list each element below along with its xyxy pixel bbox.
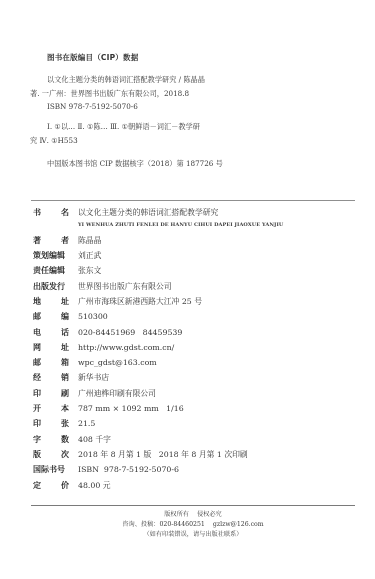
bottom-divider [31, 505, 355, 506]
info-row-word-count: 字数 408 千字 [33, 434, 353, 449]
info-label: 经销 [33, 372, 69, 383]
info-label: 著者 [33, 235, 69, 246]
info-label: 字数 [33, 434, 69, 445]
book-title: 以文化主题分类的韩语词汇搭配教学研究 [78, 207, 218, 218]
info-label: 国际书号 [33, 464, 69, 475]
info-value: 新华书店 [78, 372, 109, 383]
cip-subject-line: Ⅰ. ①以… Ⅱ. ①陈… Ⅲ. ①朝鲜语－词汇－教学研 [30, 120, 350, 134]
info-row-printer: 印刷 广州迪桦印刷有限公司 [33, 388, 353, 403]
piracy-warning: 侵权必究 [197, 511, 222, 518]
info-row-price: 定价 48.00 元 [33, 480, 353, 495]
info-row-planning-editor: 策划编辑 刘正武 [33, 250, 353, 265]
info-label: 电话 [33, 327, 69, 338]
info-row-email: 邮箱 wpc_gdst@163.com [33, 357, 353, 372]
info-row-publisher: 出版发行 世界图书出版广东有限公司 [33, 281, 353, 296]
info-row-format: 开本 787 mm × 1092 mm 1/16 [33, 403, 353, 418]
info-row-phone: 电话 020-84451969 84459539 [33, 327, 353, 342]
print-error-note: （如有印装错误，请与出版社联系） [31, 530, 355, 540]
info-row-title: 书 名 以文化主题分类的韩语词汇搭配教学研究 [33, 207, 353, 222]
top-divider [31, 200, 355, 201]
cip-approval-line: 中国版本图书馆 CIP 数据核字（2018）第 187726 号 [30, 157, 350, 171]
info-value: 广州迪桦印刷有限公司 [78, 388, 156, 399]
info-value: 408 千字 [78, 434, 111, 445]
info-value: 020-84451969 84459539 [78, 328, 182, 337]
cip-isbn-line: ISBN 978-7-5192-5070-6 [30, 100, 350, 114]
info-row-author: 著者 陈晶晶 [33, 235, 353, 250]
cip-publisher-line: 著. 一广州：世界图书出版广东有限公司，2018.8 [30, 87, 350, 101]
info-label: 版次 [33, 449, 69, 460]
info-value: 21.5 [78, 419, 95, 428]
info-value: 2018 年 8 月第 1 版 2018 年 8 月第 1 次印刷 [78, 449, 248, 460]
info-value: 张东文 [78, 265, 101, 276]
info-value: 48.00 元 [78, 480, 111, 491]
info-row-distributor: 经销 新华书店 [33, 372, 353, 387]
info-row-sheets: 印张 21.5 [33, 418, 353, 433]
info-label: 书 名 [33, 207, 69, 218]
cip-record: 以文化主题分类的韩语词汇搭配教学研究 / 陈晶晶 著. 一广州：世界图书出版广东… [30, 73, 350, 114]
cip-title-line: 以文化主题分类的韩语词汇搭配教学研究 / 陈晶晶 [30, 73, 350, 87]
info-value: 510300 [78, 312, 108, 321]
pinyin-row: YI WENHUA ZHUTI FENLEI DE HANYU CIHUI DA… [33, 222, 353, 235]
info-label: 策划编辑 [33, 250, 69, 261]
cip-classification: Ⅰ. ①以… Ⅱ. ①陈… Ⅲ. ①朝鲜语－词汇－教学研 究 Ⅳ. ①H553 [30, 120, 350, 147]
info-label: 定价 [33, 480, 69, 491]
cip-heading: 图书在版编目（CIP）数据 [47, 52, 138, 63]
copyright-footer: 版权所有侵权必究 咨询、投稿：020-84460251gzlzw@126.com… [31, 510, 355, 539]
info-label: 出版发行 [33, 281, 69, 292]
info-row-website: 网址 http://www.gdst.com.cn/ [33, 342, 353, 357]
website-link[interactable]: http://www.gdst.com.cn/ [78, 343, 174, 352]
info-row-isbn: 国际书号 ISBN 978-7-5192-5070-6 [33, 464, 353, 479]
email-link[interactable]: wpc_gdst@163.com [78, 358, 157, 367]
info-label: 印张 [33, 418, 69, 429]
info-label: 开本 [33, 403, 69, 414]
info-value: 世界图书出版广东有限公司 [78, 281, 172, 292]
cip-class-number-line: 究 Ⅳ. ①H553 [30, 134, 350, 148]
info-row-responsible-editor: 责任编辑 张东文 [33, 265, 353, 280]
info-row-address: 地址 广州市海珠区新港西路大江冲 25 号 [33, 296, 353, 311]
info-row-edition: 版次 2018 年 8 月第 1 版 2018 年 8 月第 1 次印刷 [33, 449, 353, 464]
rights-reserved: 版权所有 [164, 511, 189, 518]
info-label: 地址 [33, 296, 69, 307]
copyright-info-table: 书 名 以文化主题分类的韩语词汇搭配教学研究 YI WENHUA ZHUTI F… [33, 207, 353, 495]
info-label: 印刷 [33, 388, 69, 399]
info-value: 刘正武 [78, 250, 101, 261]
info-label: 邮编 [33, 311, 69, 322]
rights-line: 版权所有侵权必究 [31, 510, 355, 520]
book-title-pinyin: YI WENHUA ZHUTI FENLEI DE HANYU CIHUI DA… [78, 222, 283, 228]
info-label: 责任编辑 [33, 265, 69, 276]
info-value: 陈晶晶 [78, 235, 101, 246]
contact-email[interactable]: gzlzw@126.com [213, 521, 264, 528]
contact-line: 咨询、投稿：020-84460251gzlzw@126.com [31, 520, 355, 530]
info-value: 787 mm × 1092 mm 1/16 [78, 404, 184, 413]
info-value: ISBN 978-7-5192-5070-6 [78, 465, 179, 474]
cip-approval: 中国版本图书馆 CIP 数据核字（2018）第 187726 号 [30, 157, 350, 171]
contact-phone: 咨询、投稿：020-84460251 [122, 521, 205, 528]
info-row-postcode: 邮编 510300 [33, 311, 353, 326]
info-label: 网址 [33, 342, 69, 353]
info-value: 广州市海珠区新港西路大江冲 25 号 [78, 296, 202, 307]
info-label: 邮箱 [33, 357, 69, 368]
